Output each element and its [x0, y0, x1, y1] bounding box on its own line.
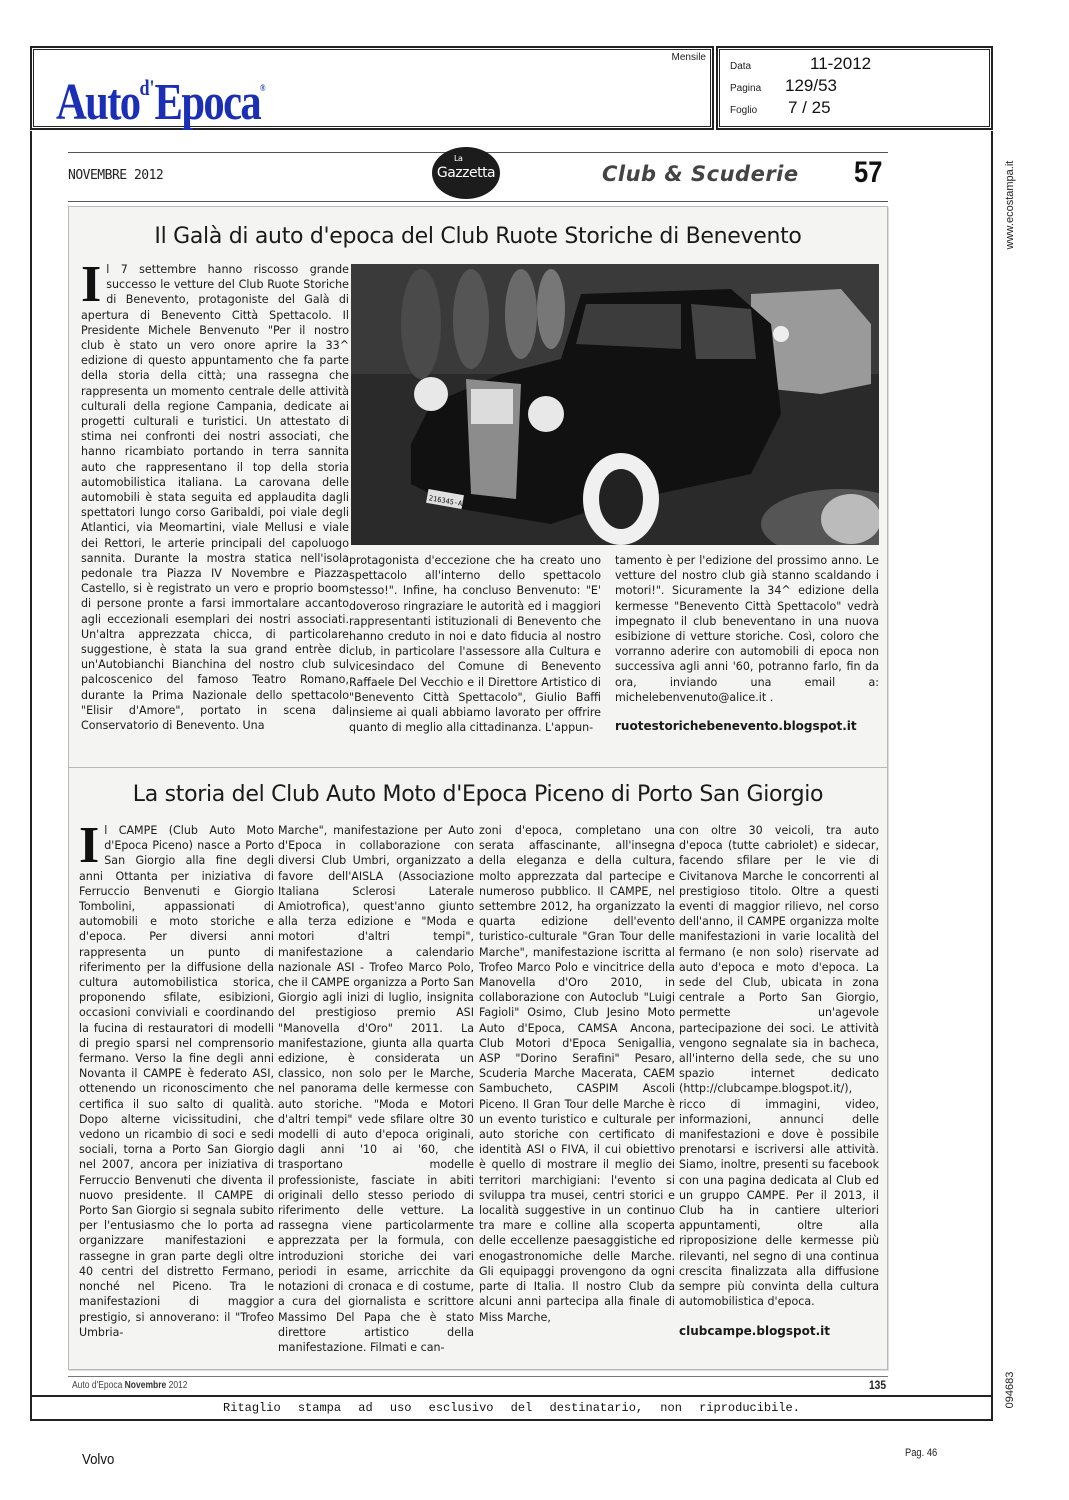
side-website: www.ecostampa.it	[1000, 150, 1020, 260]
article-column-3: zoni d'epoca, completano una serata affa…	[479, 823, 675, 1325]
client-name: Volvo	[82, 1451, 114, 1468]
drop-cap: I	[81, 264, 101, 306]
frequency-label: Mensile	[672, 52, 706, 63]
article-benevento: Il Galà di auto d'epoca del Club Ruote S…	[68, 206, 888, 772]
vintage-car-photo: 216345-AT	[351, 264, 879, 545]
meta-date: Data 11-2012	[730, 54, 871, 74]
magazine-footer: Auto d'Epoca Novembre 2012 135	[68, 1376, 888, 1394]
article-title: La storia del Club Auto Moto d'Epoca Pic…	[69, 782, 887, 807]
clipping-disclaimer: Ritaglio stampa ad uso esclusivo del des…	[32, 1395, 991, 1419]
gazzetta-logo: La Gazzetta	[432, 147, 500, 199]
side-code: 094683	[1000, 1360, 1020, 1420]
article-column-2: protagonista d'eccezione che ha creato u…	[349, 553, 601, 735]
article-porto-san-giorgio: La storia del Club Auto Moto d'Epoca Pic…	[68, 767, 888, 1370]
section-title: Club & Scuderie	[602, 162, 799, 186]
meta-sheet: Foglio 7 / 25	[730, 98, 831, 118]
issue-date: NOVEMBRE 2012	[68, 168, 163, 183]
car-illustration: 216345-AT	[351, 264, 879, 545]
meta-page: Pagina 129/53	[730, 76, 837, 96]
clipping-meta: Data 11-2012 Pagina 129/53 Foglio 7 / 25	[716, 46, 993, 130]
article-column-3: tamento è per l'edizione del prossimo an…	[615, 553, 879, 734]
footer-page-number: 135	[869, 1378, 886, 1392]
clipping-header: Autod'Epoca® Mensile	[30, 46, 714, 130]
magazine-page-number: 57	[854, 156, 882, 190]
sheet-page-number: Pag. 46	[905, 1447, 937, 1459]
article-column-1: Il CAMPE (Club Auto Moto d'Epoca Piceno)…	[79, 823, 274, 1340]
article-column-1: Il 7 settembre hanno riscosso grande suc…	[81, 262, 349, 733]
running-head: NOVEMBRE 2012 La Gazzetta Club & Scuderi…	[68, 152, 888, 202]
article-column-4: con oltre 30 veicoli, tra auto d'epoca (…	[679, 823, 879, 1339]
drop-cap: I	[79, 825, 99, 867]
club-website-link[interactable]: clubcampe.blogspot.it	[679, 1324, 879, 1339]
masthead-logo: Autod'Epoca®	[56, 58, 264, 133]
article-title: Il Galà di auto d'epoca del Club Ruote S…	[69, 224, 887, 249]
club-website-link[interactable]: ruotestorichebenevento.blogspot.it	[615, 719, 879, 734]
footer-publication: Auto d'Epoca Novembre 2012	[72, 1380, 188, 1391]
article-column-2: Marche", manifestazione per Auto d'Epoca…	[278, 823, 474, 1355]
